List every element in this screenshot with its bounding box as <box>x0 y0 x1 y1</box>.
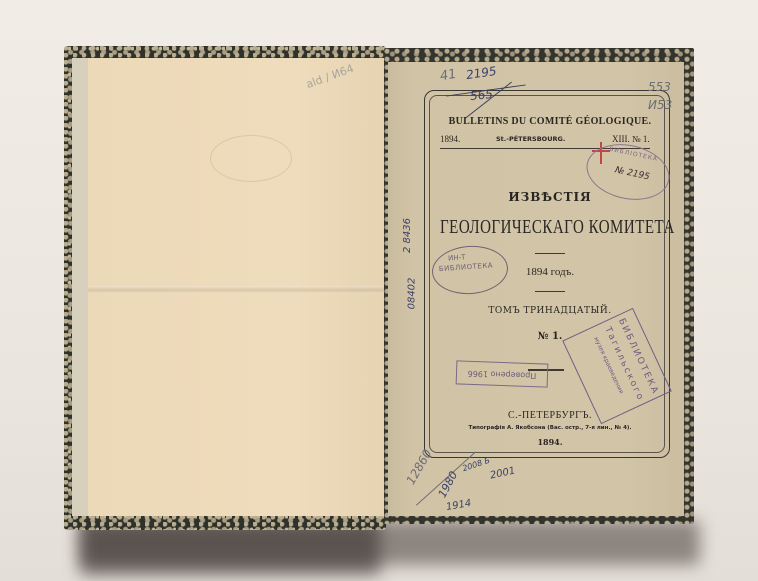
french-header: BULLETINS DU COMITÉ GÉOLOGIQUE. <box>440 116 660 127</box>
handwritten-top-right-1: 553 <box>648 80 671 94</box>
checked-stamp: Проверено 1966 <box>456 360 549 387</box>
header-city: St.-PÉTERSBOURG. <box>496 135 565 143</box>
stamp-number: № 2195 <box>614 165 650 182</box>
rule-short-1 <box>535 253 565 254</box>
left-page-ghost-stamp <box>210 135 292 182</box>
handwritten-margin-1: 2 8436 <box>402 218 413 253</box>
handwritten-top-right-2: И53 <box>648 98 672 112</box>
imprint-year: 1894. <box>440 437 660 447</box>
handwritten-top-left: 41 <box>439 67 458 85</box>
handwritten-margin-2: 08402 <box>406 278 417 310</box>
title-line-2: ГЕОЛОГИЧЕСКАГО КОМИТЕТА <box>440 217 660 239</box>
header-year: 1894. <box>440 134 460 144</box>
endpaper-fold-crease <box>88 286 384 294</box>
stamp-text-2: БИБЛИОТЕКА <box>439 261 494 273</box>
left-endpaper <box>88 58 384 516</box>
printer-line: Типографія А. Якобсона (Вас. остр., 7-я … <box>440 425 660 431</box>
stamp-text-1: ИН-Т <box>448 253 466 262</box>
rule-short-2 <box>535 291 565 292</box>
header-volume: XIII. № 1. <box>612 134 650 144</box>
